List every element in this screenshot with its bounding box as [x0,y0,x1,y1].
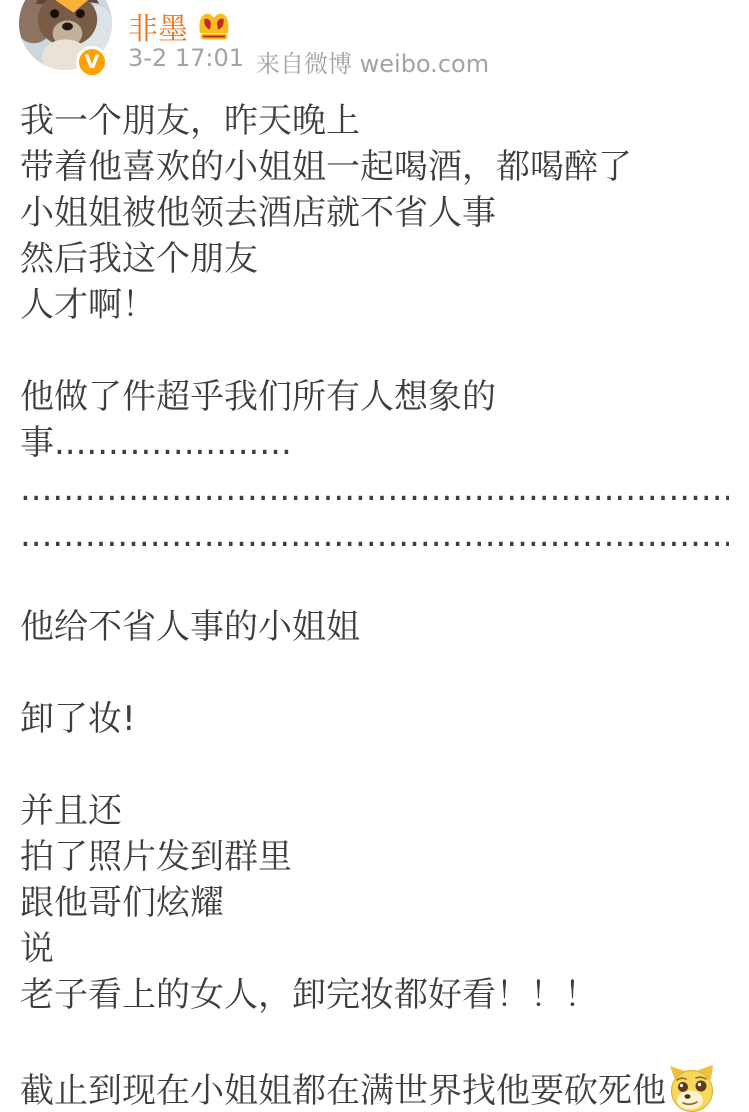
post-line: 带着他喜欢的小姐姐一起喝酒，都喝醉了 [20,144,729,190]
post-line: 并且还 [20,788,729,834]
post-line: ........................................… [20,466,729,512]
post-line: 跟他哥们炫耀 [20,880,729,926]
user-line: 非墨 [128,4,231,48]
post-line [20,650,729,696]
post-line [20,1018,729,1064]
post-timestamp[interactable]: 3-2 17:01 [128,44,244,79]
post-line: ........................................… [20,512,729,558]
post-line: 他给不省人事的小姐姐 [20,604,729,650]
post-source-link[interactable]: 来自微博 weibo.com [256,44,489,79]
username-link[interactable]: 非墨 [128,4,188,48]
post-header: V 非墨 3-2 17:01 来自微博 weibo.com [0,0,749,80]
post-line: 说 [20,926,729,972]
verified-v-badge-icon: V [76,46,108,78]
post-body: 我一个朋友，昨天晚上带着他喜欢的小姐姐一起喝酒，都喝醉了小姐姐被他领去酒店就不省… [0,80,749,1112]
post-line: 然后我这个朋友 [20,236,729,282]
post-meta: 3-2 17:01 来自微博 weibo.com [128,44,489,79]
vip-crown-icon [197,9,231,43]
post-line: 卸了妆! [20,696,729,742]
post-line: 事...................... [20,420,729,466]
post-line: 他做了件超乎我们所有人想象的 [20,374,729,420]
post-line: 截止到现在小姐姐都在满世界找他要砍死他 [20,1064,729,1112]
post-line [20,328,729,374]
post-line [20,742,729,788]
weibo-post-page: V 非墨 3-2 17:01 来自微博 weibo.com 我一个朋友，昨天晚上… [0,0,749,1112]
post-line: 人才啊！ [20,282,729,328]
post-line: 拍了照片发到群里 [20,834,729,880]
post-line [20,558,729,604]
post-line: 我一个朋友，昨天晚上 [20,98,729,144]
doge-emoji-icon [668,1064,716,1112]
post-line: 老子看上的女人，卸完妆都好看！！！ [20,972,729,1018]
user-avatar[interactable]: V [18,0,113,71]
post-line: 小姐姐被他领去酒店就不省人事 [20,190,729,236]
